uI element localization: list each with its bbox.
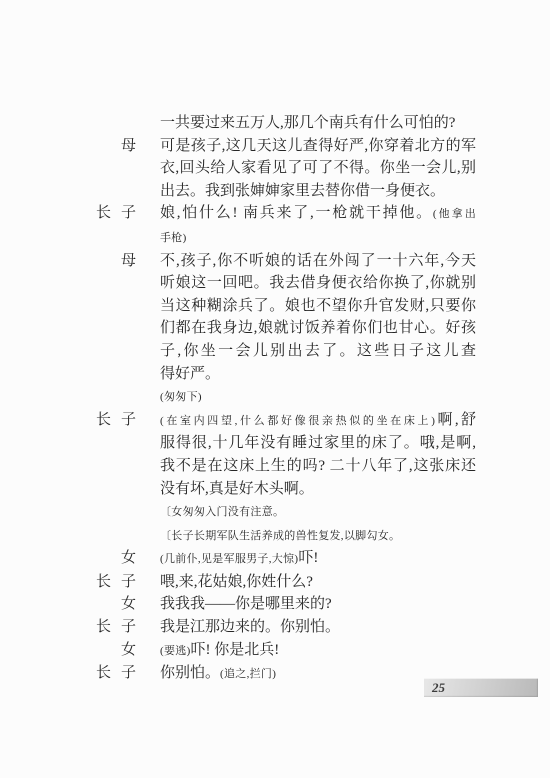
stage-direction: (他拿出 [433, 208, 476, 220]
script-line: 长子我是江那边来的。你别怕。 [96, 616, 476, 639]
dialogue-line-text: (几前仆,见是军服男子,大惊)吓! [160, 547, 476, 571]
dialogue-text: 没有坏,真是好木头啊。 [160, 481, 314, 497]
dialogue-line-text: 出去。我到张婶婶家里去替你借一身便衣。 [160, 180, 476, 203]
speaker-char: 女 [121, 593, 136, 616]
speaker-char: 长 [96, 662, 111, 685]
script-line: 女(要逃)吓! 你是北兵! [96, 639, 476, 663]
speaker-char: 母 [121, 135, 136, 158]
speaker-char: 女 [121, 547, 136, 570]
script-line: 〔长子长期军队生活养成的兽性复发,以脚勾女。 [96, 524, 476, 548]
script-line: 长子(在室内四望,什么都好像很亲热似的坐在床上)啊,舒 [96, 409, 476, 433]
dialogue-line-text: 一共要过来五万人,那几个南兵有什么可怕的? [160, 112, 476, 135]
dialogue-line-text: 〔长子长期军队生活养成的兽性复发,以脚勾女。 [160, 524, 476, 548]
stage-direction: (要逃) [160, 645, 191, 657]
dialogue-line-text: 服得很,十几年没有睡过家里的床了。哦,是啊, [160, 432, 476, 455]
script-line: 长子喂,来,花姑娘,你姓什么? [96, 571, 476, 594]
play-script: 一共要过来五万人,那几个南兵有什么可怕的?母可是孩子,这几天这儿查得好严,你穿着… [96, 112, 476, 686]
stage-direction: 手枪) [160, 232, 187, 244]
dialogue-text: 子,你坐一会儿别出去了。这些日子这儿查 [160, 343, 476, 359]
dialogue-line-text: 我我我——你是哪里来的? [160, 593, 476, 616]
speaker-char: 女 [121, 639, 136, 662]
dialogue-line-text: 手枪) [160, 226, 476, 250]
script-line: 听娘这一回吧。我去借身便衣给你换了,你就别 [96, 272, 476, 295]
script-line: 母可是孩子,这几天这儿查得好严,你穿着北方的军 [96, 135, 476, 158]
dialogue-line-text: 得好严。 [160, 363, 476, 386]
speaker-char: 子 [121, 616, 136, 639]
script-line: 我不是在这床上生的吗? 二十八年了,这张床还 [96, 455, 476, 478]
stage-direction: (在室内四望,什么都好像很亲热似的坐在床上) [160, 415, 435, 427]
dialogue-text: 喂,来,花姑娘,你姓什么? [160, 574, 313, 590]
speaker-char: 母 [121, 250, 136, 273]
dialogue-text: 你别怕。 [160, 665, 220, 681]
dialogue-text: 啊,舒 [435, 412, 476, 428]
dialogue-line-text: 不,孩子,你不听娘的话在外闯了一十六年,今天 [160, 250, 476, 273]
dialogue-line-text: 当这种糊涂兵了。娘也不望你升官发财,只要你 [160, 295, 476, 318]
speaker-label: 长子 [96, 571, 136, 594]
script-line: 长子娘,怕什么! 南兵来了,一枪就干掉他。(他拿出 [96, 202, 476, 226]
script-line: 服得很,十几年没有睡过家里的床了。哦,是啊, [96, 432, 476, 455]
script-line: 们都在我身边,娘就讨饭养着你们也甘心。好孩 [96, 317, 476, 340]
dialogue-text: 娘,怕什么! 南兵来了,一枪就干掉他。 [160, 205, 433, 221]
script-line: (匆匆下) [96, 385, 476, 409]
script-line: 子,你坐一会儿别出去了。这些日子这儿查 [96, 340, 476, 363]
script-line: 得好严。 [96, 363, 476, 386]
book-page: 一共要过来五万人,那几个南兵有什么可怕的?母可是孩子,这几天这儿查得好严,你穿着… [0, 0, 550, 778]
script-line: 长子你别怕。(追之,拦门) [96, 662, 476, 686]
speaker-label: 长子 [96, 616, 136, 639]
speaker-label: 长子 [96, 409, 136, 432]
dialogue-text: 吓! [298, 550, 318, 566]
stage-direction: (匆匆下) [160, 391, 202, 403]
dialogue-line-text: (要逃)吓! 你是北兵! [160, 639, 476, 663]
script-line: 手枪) [96, 226, 476, 250]
dialogue-text: 服得很,十几年没有睡过家里的床了。哦,是啊, [160, 435, 476, 451]
dialogue-text: 得好严。 [160, 366, 220, 382]
script-line: 〔女匆匆入门没有注意。 [96, 500, 476, 524]
script-line: 女我我我——你是哪里来的? [96, 593, 476, 616]
dialogue-line-text: 听娘这一回吧。我去借身便衣给你换了,你就别 [160, 272, 476, 295]
speaker-label: 女 [96, 593, 136, 616]
speaker-char: 子 [121, 202, 136, 225]
dialogue-line-text: 可是孩子,这几天这儿查得好严,你穿着北方的军 [160, 135, 476, 158]
speaker-label: 母 [96, 250, 136, 273]
page-number: 25 [424, 678, 445, 697]
script-line: 女(几前仆,见是军服男子,大惊)吓! [96, 547, 476, 571]
script-line: 衣,回头给人家看见了可了不得。你坐一会儿,别 [96, 157, 476, 180]
dialogue-line-text: 们都在我身边,娘就讨饭养着你们也甘心。好孩 [160, 317, 476, 340]
dialogue-text: 出去。我到张婶婶家里去替你借一身便衣。 [160, 183, 445, 199]
stage-direction: (追之,拦门) [220, 668, 276, 680]
dialogue-line-text: 没有坏,真是好木头啊。 [160, 478, 476, 501]
speaker-label: 长子 [96, 662, 136, 685]
dialogue-line-text: 我是江那边来的。你别怕。 [160, 616, 476, 639]
speaker-label: 女 [96, 639, 136, 662]
dialogue-line-text: 我不是在这床上生的吗? 二十八年了,这张床还 [160, 455, 476, 478]
speaker-char: 长 [96, 202, 111, 225]
dialogue-line-text: 娘,怕什么! 南兵来了,一枪就干掉他。(他拿出 [160, 202, 476, 226]
speaker-char: 子 [121, 409, 136, 432]
dialogue-text: 吓! 你是北兵! [191, 642, 280, 658]
dialogue-text: 我是江那边来的。你别怕。 [160, 619, 340, 635]
dialogue-text: 我不是在这床上生的吗? 二十八年了,这张床还 [160, 458, 476, 474]
speaker-label: 长子 [96, 202, 136, 225]
dialogue-text: 可是孩子,这几天这儿查得好严,你穿着北方的军 [160, 138, 476, 154]
script-line: 一共要过来五万人,那几个南兵有什么可怕的? [96, 112, 476, 135]
stage-direction: 〔长子长期军队生活养成的兽性复发,以脚勾女。 [160, 530, 400, 542]
page-number-bar: 25 [424, 678, 538, 697]
script-line: 没有坏,真是好木头啊。 [96, 478, 476, 501]
dialogue-line-text: (匆匆下) [160, 385, 476, 409]
dialogue-line-text: 子,你坐一会儿别出去了。这些日子这儿查 [160, 340, 476, 363]
dialogue-text: 们都在我身边,娘就讨饭养着你们也甘心。好孩 [160, 320, 476, 336]
speaker-label: 母 [96, 135, 136, 158]
dialogue-text: 听娘这一回吧。我去借身便衣给你换了,你就别 [160, 275, 476, 291]
dialogue-text: 当这种糊涂兵了。娘也不望你升官发财,只要你 [160, 298, 476, 314]
speaker-char: 长 [96, 616, 111, 639]
dialogue-line-text: 衣,回头给人家看见了可了不得。你坐一会儿,别 [160, 157, 476, 180]
stage-direction: 〔女匆匆入门没有注意。 [160, 506, 284, 518]
dialogue-text: 衣,回头给人家看见了可了不得。你坐一会儿,别 [160, 160, 476, 176]
dialogue-line-text: 喂,来,花姑娘,你姓什么? [160, 571, 476, 594]
speaker-char: 子 [121, 571, 136, 594]
script-line: 母不,孩子,你不听娘的话在外闯了一十六年,今天 [96, 250, 476, 273]
speaker-char: 长 [96, 409, 111, 432]
speaker-char: 子 [121, 662, 136, 685]
dialogue-line-text: 〔女匆匆入门没有注意。 [160, 500, 476, 524]
dialogue-line-text: (在室内四望,什么都好像很亲热似的坐在床上)啊,舒 [160, 409, 476, 433]
speaker-char: 长 [96, 571, 111, 594]
stage-direction: (几前仆,见是军服男子,大惊) [160, 553, 298, 565]
dialogue-text: 一共要过来五万人,那几个南兵有什么可怕的? [160, 115, 455, 131]
script-line: 出去。我到张婶婶家里去替你借一身便衣。 [96, 180, 476, 203]
dialogue-text: 不,孩子,你不听娘的话在外闯了一十六年,今天 [160, 253, 476, 269]
script-line: 当这种糊涂兵了。娘也不望你升官发财,只要你 [96, 295, 476, 318]
speaker-label: 女 [96, 547, 136, 570]
dialogue-text: 我我我——你是哪里来的? [160, 596, 332, 612]
